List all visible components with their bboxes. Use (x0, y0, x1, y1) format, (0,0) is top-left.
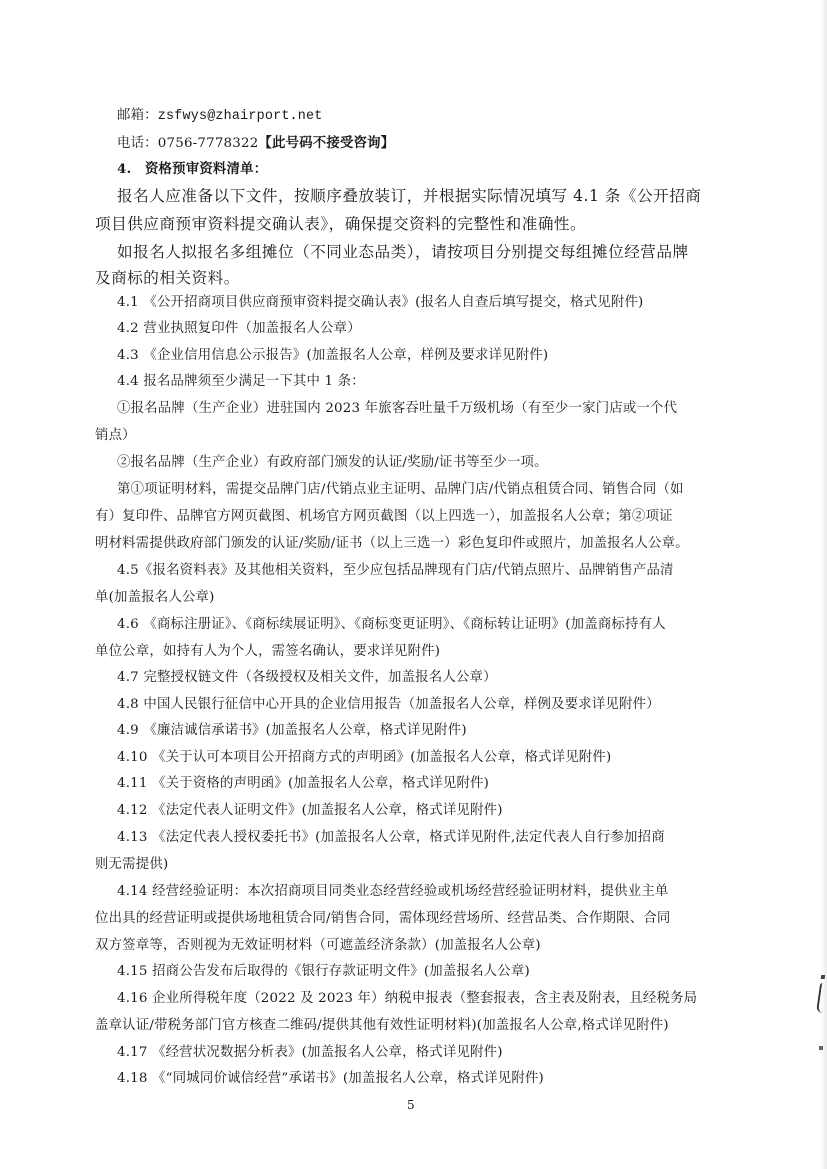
list-item-4-4: 4.4 报名品牌须至少满足一下其中 1 条： (117, 373, 365, 391)
list-item-condition-1-cont: 销点） (95, 427, 136, 445)
phone-label: 电话： (117, 136, 158, 151)
scan-artifact-dot (819, 1046, 823, 1050)
intro-line: 及商标的相关资料。 (95, 268, 240, 288)
phone-note: 【此号码不接受咨询】 (258, 135, 394, 151)
list-item-4-14-cont: 双方签章等，否则视为无效证明材料（可遮盖经济条款）(加盖报名人公章) (95, 937, 541, 955)
list-item-4-18: 4.18 《“同城同价诚信经营”承诺书》(加盖报名人公章，格式详见附件) (117, 1070, 544, 1088)
list-item-4-16-cont: 盖章认证/带税务部门官方核查二维码/提供其他有效性证明材料)(加盖报名人公章,格… (95, 1017, 669, 1035)
list-item-4-17: 4.17 《经营状况数据分析表》(加盖报名人公章，格式详见附件) (117, 1044, 503, 1062)
list-item-condition-2: ②报名品牌（生产企业）有政府部门颁发的认证/奖励/证书等至少一项。 (117, 454, 548, 472)
list-item-4-6-cont: 单位公章，如持有人为个人，需签名确认，要求详见附件) (95, 643, 440, 661)
email-label: 邮箱： (117, 108, 158, 123)
intro-line: 报名人应准备以下文件，按顺序叠放装订，并根据实际情况填写 4.1 条《公开招商 (117, 186, 701, 206)
list-item-4-2: 4.2 营业执照复印件（加盖报名人公章） (117, 320, 361, 338)
list-item-4-15: 4.15 招商公告发布后取得的《银行存款证明文件》(加盖报名人公章) (117, 963, 530, 981)
evidence-paragraph-cont: 明材料需提供政府部门颁发的认证/奖励/证书（以上三选一）彩色复印件或照片，加盖报… (95, 535, 689, 553)
list-item-4-13-cont: 则无需提供) (95, 856, 168, 874)
phone-line: 电话：0756-7778322【此号码不接受咨询】 (117, 134, 394, 153)
list-item-4-14: 4.14 经营经验证明：本次招商项目同类业态经营经验或机场经营经验证明材料，提供… (117, 883, 669, 901)
list-item-4-11: 4.11 《关于资格的声明函》(加盖报名人公章，格式详见附件) (117, 775, 489, 793)
list-item-4-8: 4.8 中国人民银行征信中心开具的企业信用报告（加盖报名人公章，样例及要求详见附… (117, 696, 660, 714)
phone-value: 0756-7778322 (158, 136, 259, 151)
list-item-4-5: 4.5《报名资料表》及其他相关资料，至少应包括品牌现有门店/代销点照片、品牌销售… (117, 562, 674, 580)
list-item-4-14-cont: 位出具的经营证明或提供场地租赁合同/销售合同，需体现经营场所、经营品类、合作期限… (95, 910, 671, 928)
evidence-paragraph: 第①项证明材料，需提交品牌门店/代销点业主证明、品牌门店/代销点租赁合同、销售合… (117, 481, 684, 499)
list-item-4-3: 4.3 《企业信用信息公示报告》(加盖报名人公章，样例及要求详见附件) (117, 347, 548, 365)
email-value: zsfwys@zhairport.net (158, 109, 323, 124)
intro-line: 项目供应商预审资料提交确认表》，确保提交资料的完整性和准确性。 (95, 214, 586, 234)
document-page: 邮箱：zsfwys@zhairport.net 电话：0756-7778322【… (0, 0, 827, 1169)
page-number: 5 (407, 1098, 415, 1112)
list-item-4-7: 4.7 完整授权链文件（各级授权及相关文件，加盖报名人公章） (117, 669, 497, 687)
email-line: 邮箱：zsfwys@zhairport.net (117, 107, 323, 126)
list-item-4-9: 4.9 《廉洁诚信承诺书》(加盖报名人公章，格式详见附件) (117, 722, 467, 740)
list-item-4-6: 4.6 《商标注册证》、《商标续展证明》、《商标变更证明》、《商标转让证明》(加… (117, 616, 666, 634)
list-item-4-5-cont: 单(加盖报名人公章) (95, 589, 215, 607)
list-item-4-1: 4.1 《公开招商项目供应商预审资料提交确认表》(报名人自查后填写提交，格式见附… (117, 294, 643, 312)
list-item-condition-1: ①报名品牌（生产企业）进驻国内 2023 年旅客吞吐量千万级机场（有至少一家门店… (117, 400, 677, 418)
section-heading: 4. 资格预审资料清单： (117, 160, 267, 178)
list-item-4-12: 4.12 《法定代表人证明文件》(加盖报名人公章，格式详见附件) (117, 802, 503, 820)
evidence-paragraph-cont: 有）复印件、品牌官方网页截图、机场官方网页截图（以上四选一），加盖报名人公章；第… (95, 508, 673, 526)
list-item-4-13: 4.13 《法定代表人授权委托书》(加盖报名人公章，格式详见附件,法定代表人自行… (117, 829, 665, 847)
intro-line: 如报名人拟报名多组摊位（不同业态品类），请按项目分别提交每组摊位经营品牌 (117, 242, 689, 262)
list-item-4-16: 4.16 企业所得税年度（2022 及 2023 年）纳税申报表（整套报表，含主… (117, 990, 697, 1008)
list-item-4-10: 4.10 《关于认可本项目公开招商方式的声明函》(加盖报名人公章，格式详见附件) (117, 749, 611, 767)
